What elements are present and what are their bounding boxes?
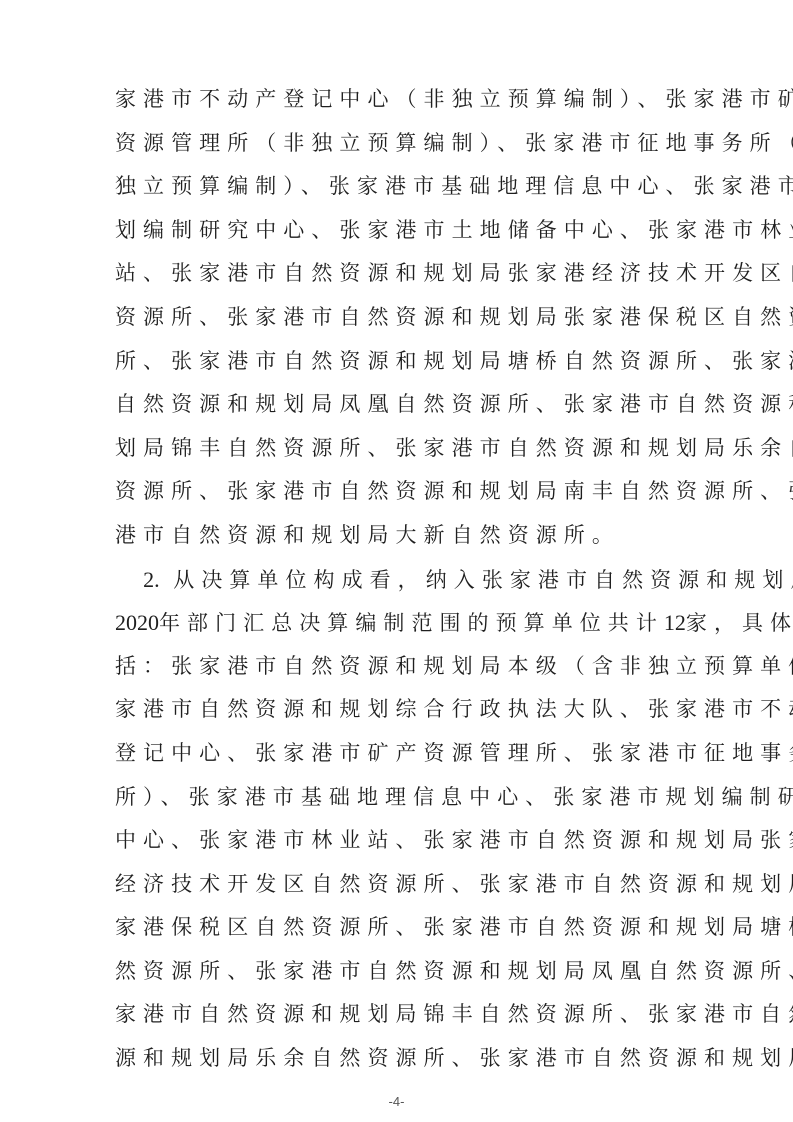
text-line: 所、张家港市自然资源和规划局塘桥自然资源所、张家港市	[115, 340, 685, 384]
text-line: 括：张家港市自然资源和规划局本级（含非独立预算单位张	[115, 645, 685, 689]
text-line: 中心、张家港市林业站、张家港市自然资源和规划局张家港	[115, 819, 685, 863]
text-line: 资源所、张家港市自然资源和规划局南丰自然资源所、张家	[115, 470, 685, 514]
document-page: 家港市不动产登记中心（非独立预算编制）、张家港市矿产 资源管理所（非独立预算编制…	[0, 0, 793, 1122]
text-line: 划局锦丰自然资源所、张家港市自然资源和规划局乐余自然	[115, 427, 685, 471]
document-body: 家港市不动产登记中心（非独立预算编制）、张家港市矿产 资源管理所（非独立预算编制…	[115, 78, 685, 1081]
list-number: 2.	[143, 567, 160, 592]
text-line: 源和规划局乐余自然资源所、张家港市自然资源和规划局南	[115, 1037, 685, 1081]
text-line: 划编制研究中心、张家港市土地储备中心、张家港市林业	[115, 209, 685, 253]
text-line: 家港市自然资源和规划局锦丰自然资源所、张家港市自然资	[115, 993, 685, 1037]
text-line: 登记中心、张家港市矿产资源管理所、张家港市征地事务	[115, 732, 685, 776]
page-number: -4-	[0, 1094, 793, 1109]
text-line: 经济技术开发区自然资源所、张家港市自然资源和规划局张	[115, 863, 685, 907]
text-line: 家港市自然资源和规划综合行政执法大队、张家港市不动产	[115, 688, 685, 732]
text-segment: 从决算单位构成看，纳入张家港市自然资源和规划局	[160, 568, 793, 592]
text-line: 自然资源和规划局凤凰自然资源所、张家港市自然资源和规	[115, 383, 685, 427]
text-line: 然资源所、张家港市自然资源和规划局凤凰自然资源所、张	[115, 950, 685, 994]
text-segment: 年部门汇总决算编制范围的预算单位共计	[159, 611, 664, 635]
unit-count-value: 12	[664, 610, 686, 635]
paragraph-2-first-line: 2. 从决算单位构成看，纳入张家港市自然资源和规划局	[115, 558, 685, 602]
text-line: 2020年部门汇总决算编制范围的预算单位共计12家，具体包	[115, 601, 685, 645]
text-line: 资源所、张家港市自然资源和规划局张家港保税区自然资源	[115, 296, 685, 340]
text-line: 资源管理所（非独立预算编制）、张家港市征地事务所（非	[115, 122, 685, 166]
year-value: 2020	[115, 610, 159, 635]
text-line: 家港市不动产登记中心（非独立预算编制）、张家港市矿产	[115, 78, 685, 122]
text-line: 所）、张家港市基础地理信息中心、张家港市规划编制研究	[115, 776, 685, 820]
text-line: 港市自然资源和规划局大新自然资源所。	[115, 514, 685, 558]
text-line: 站、张家港市自然资源和规划局张家港经济技术开发区自然	[115, 252, 685, 296]
text-line: 家港保税区自然资源所、张家港市自然资源和规划局塘桥自	[115, 906, 685, 950]
text-line: 独立预算编制）、张家港市基础地理信息中心、张家港市规	[115, 165, 685, 209]
text-segment: 家，具体包	[686, 611, 793, 635]
indent	[115, 568, 143, 592]
